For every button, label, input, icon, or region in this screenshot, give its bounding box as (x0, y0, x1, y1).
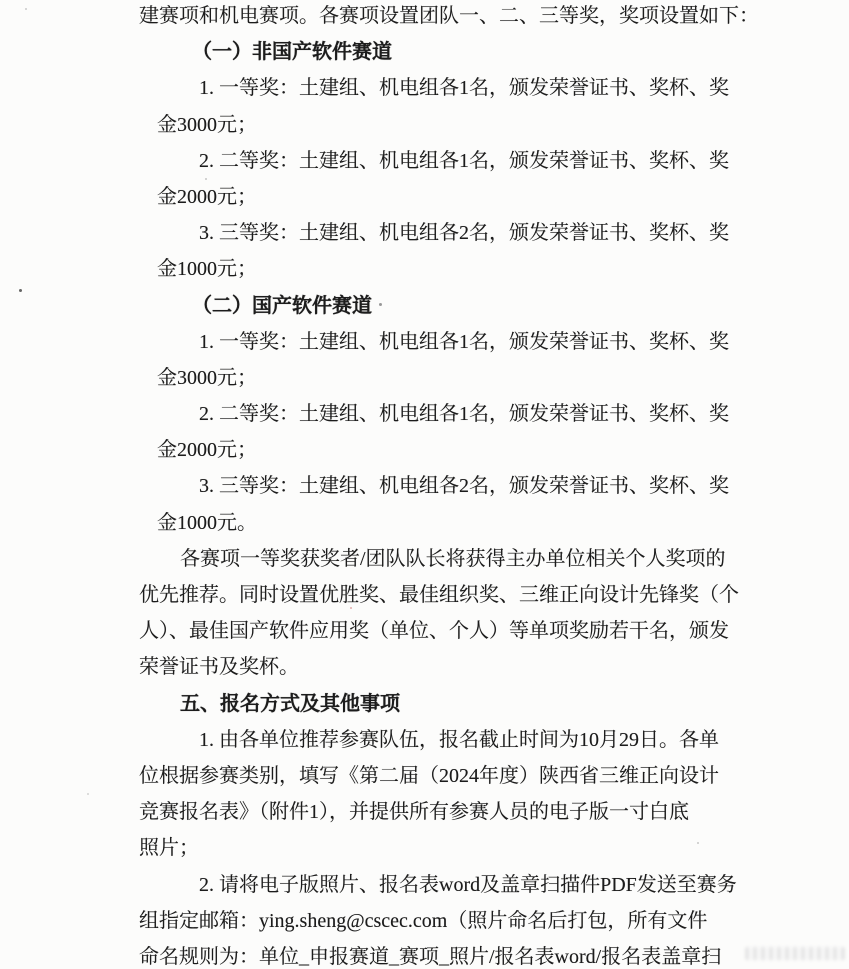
text-line: 建赛项和机电赛项。各赛项设置团队一、二、三等奖，奖项设置如下： (139, 0, 799, 34)
text-line: 1. 由各单位推荐参赛队伍，报名截止时间为10月29日。各单 (139, 722, 799, 758)
scan-speck (25, 8, 27, 10)
section-heading-line: （二）国产软件赛道 (139, 288, 799, 324)
text-line: 位根据参赛类别，填写《第二届（2024年度）陕西省三维正向设计 (139, 758, 799, 794)
text-line: 1. 一等奖：土建组、机电组各1名，颁发荣誉证书、奖杯、奖 (139, 324, 799, 360)
document-text-block: 建赛项和机电赛项。各赛项设置团队一、二、三等奖，奖项设置如下：（一）非国产软件赛… (139, 0, 799, 969)
scan-speck (350, 607, 352, 609)
text-line: 金3000元； (139, 107, 799, 143)
text-line: 2. 二等奖：土建组、机电组各1名，颁发荣誉证书、奖杯、奖 (139, 143, 799, 179)
text-line: 荣誉证书及奖杯。 (139, 649, 799, 685)
text-line: 金1000元； (139, 251, 799, 287)
scan-speck (19, 289, 22, 292)
text-line: 命名规则为：单位_申报赛道_赛项_照片/报名表word/报名表盖章扫 (139, 939, 799, 969)
text-line: 金1000元。 (139, 505, 799, 541)
scan-speck (87, 793, 89, 795)
text-line: 1. 一等奖：土建组、机电组各1名，颁发荣誉证书、奖杯、奖 (139, 70, 799, 106)
scan-speck (697, 842, 699, 844)
text-line: 2. 二等奖：土建组、机电组各1名，颁发荣誉证书、奖杯、奖 (139, 396, 799, 432)
text-line: 竞赛报名表》（附件1），并提供所有参赛人员的电子版一寸白底 (139, 794, 799, 830)
text-line: 金3000元； (139, 360, 799, 396)
text-line: 金2000元； (139, 432, 799, 468)
text-line: 3. 三等奖：土建组、机电组各2名，颁发荣誉证书、奖杯、奖 (139, 215, 799, 251)
text-line: 人）、最佳国产软件应用奖（单位、个人）等单项奖励若干名，颁发 (139, 613, 799, 649)
text-line: 优先推荐。同时设置优胜奖、最佳组织奖、三维正向设计先锋奖（个 (139, 577, 799, 613)
faint-watermark (745, 947, 845, 960)
text-line: 组指定邮箱：ying.sheng@cscec.com（照片命名后打包，所有文件 (139, 903, 799, 939)
scan-speck (205, 178, 207, 180)
text-line: 3. 三等奖：土建组、机电组各2名，颁发荣誉证书、奖杯、奖 (139, 468, 799, 504)
text-line: 照片； (139, 830, 799, 866)
section-heading-line: 五、报名方式及其他事项 (139, 686, 799, 722)
text-line: 2. 请将电子版照片、报名表word及盖章扫描件PDF发送至赛务 (139, 867, 799, 903)
section-heading-line: （一）非国产软件赛道 (139, 34, 799, 70)
text-line: 金2000元； (139, 179, 799, 215)
scan-speck (379, 303, 382, 306)
text-line: 各赛项一等奖获奖者/团队队长将获得主办单位相关个人奖项的 (139, 541, 799, 577)
scanned-document-page: 建赛项和机电赛项。各赛项设置团队一、二、三等奖，奖项设置如下：（一）非国产软件赛… (0, 0, 849, 969)
